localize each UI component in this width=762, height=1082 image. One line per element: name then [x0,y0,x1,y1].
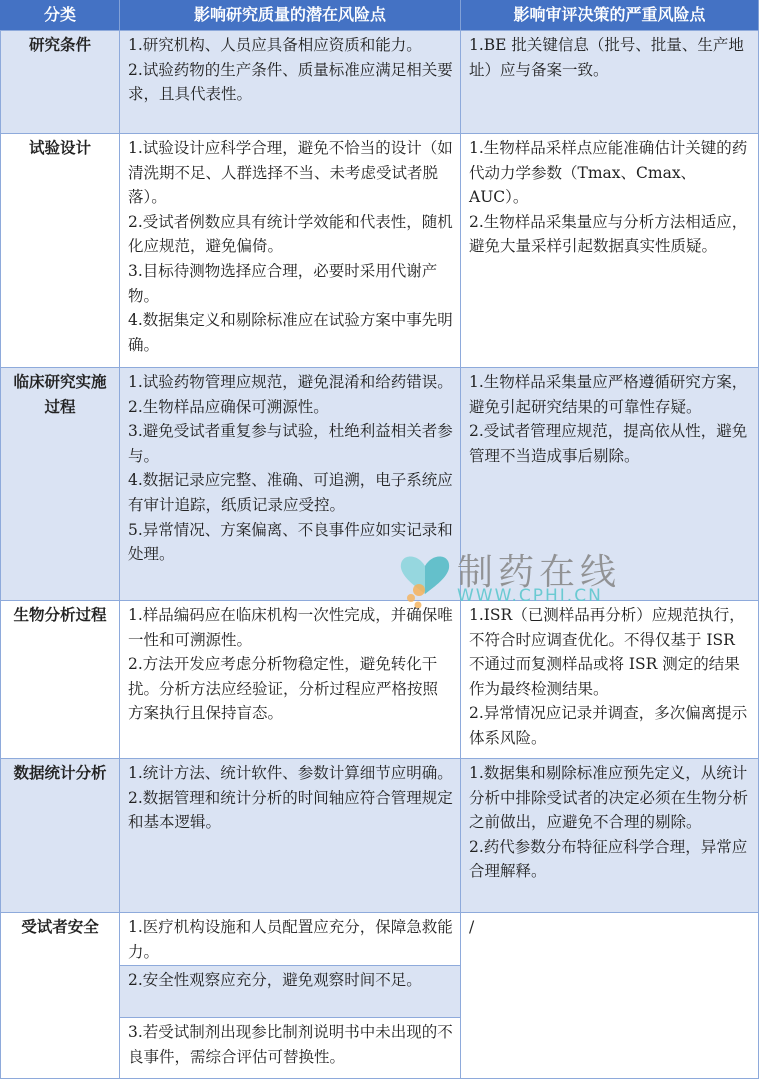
header-severe-risk: 影响审评决策的严重风险点 [460,0,759,30]
severe-risk-cell: 1.生物样品采样点应能准确估计关键的药代动力学参数（Tmax、Cmax、AUC）… [460,134,759,367]
risk-item: 1.ISR（已测样品再分析）应规范执行，不符合时应调查优化。不得仅基于 ISR … [469,603,751,701]
risk-item: 1.研究机构、人员应具备相应资质和能力。 [128,33,453,58]
risk-item: 4.数据集定义和剔除标准应在试验方案中事先明确。 [128,308,453,357]
risk-item: 4.数据记录应完整、准确、可追溯，电子系统应有审计追踪，纸质记录应受控。 [128,468,453,517]
risk-item: 1.试验设计应科学合理，避免不恰当的设计（如清洗期不足、人群选择不当、未考虑受试… [128,136,453,210]
severe-risk-cell: 1.ISR（已测样品再分析）应规范执行，不符合时应调查优化。不得仅基于 ISR … [460,601,759,758]
table-row: 研究条件 1.研究机构、人员应具备相应资质和能力。 2.试验药物的生产条件、质量… [0,31,759,134]
risk-item: 1.医疗机构设施和人员配置应充分，保障急救能力。 [120,913,460,966]
header-potential-risk: 影响研究质量的潜在风险点 [119,0,460,30]
table-row: 临床研究实施过程 1.试验药物管理应规范，避免混淆和给药错误。 2.生物样品应确… [0,368,759,601]
row-category: 临床研究实施过程 [0,368,119,600]
table-row: 试验设计 1.试验设计应科学合理，避免不恰当的设计（如清洗期不足、人群选择不当、… [0,134,759,368]
potential-risk-cell: 1.试验设计应科学合理，避免不恰当的设计（如清洗期不足、人群选择不当、未考虑受试… [119,134,460,367]
risk-item: 1.数据集和剔除标准应预先定义，从统计分析中排除受试者的决定必须在生物分析之前做… [469,761,751,835]
risk-item: / [469,915,751,940]
risk-item: 3.目标待测物选择应合理，必要时采用代谢产物。 [128,259,453,308]
potential-risk-cell: 1.统计方法、统计软件、参数计算细节应明确。 2.数据管理和统计分析的时间轴应符… [119,759,460,912]
table-row: 生物分析过程 1.样品编码应在临床机构一次性完成，并确保唯一性和可溯源性。 2.… [0,601,759,759]
risk-item: 2.安全性观察应充分，避免观察时间不足。 [120,966,460,1018]
risk-item: 2.药代参数分布特征应科学合理，异常应合理解释。 [469,835,751,884]
risk-item: 2.生物样品采集量应与分析方法相适应，避免大量采样引起数据真实性质疑。 [469,210,751,259]
severe-risk-cell: 1.BE 批关键信息（批号、批量、生产地址）应与备案一致。 [460,31,759,133]
severe-risk-cell: 1.生物样品采集量应严格遵循研究方案，避免引起研究结果的可靠性存疑。 2.受试者… [460,368,759,600]
table-header: 分类 影响研究质量的潜在风险点 影响审评决策的严重风险点 [0,0,759,31]
row-category: 数据统计分析 [0,759,119,912]
severe-risk-cell: / [460,913,759,1078]
row-category: 生物分析过程 [0,601,119,758]
risk-item: 5.异常情况、方案偏离、不良事件应如实记录和处理。 [128,518,453,567]
severe-risk-cell: 1.数据集和剔除标准应预先定义，从统计分析中排除受试者的决定必须在生物分析之前做… [460,759,759,912]
risk-table: 分类 影响研究质量的潜在风险点 影响审评决策的严重风险点 研究条件 1.研究机构… [0,0,759,1079]
potential-risk-cell: 1.医疗机构设施和人员配置应充分，保障急救能力。 2.安全性观察应充分，避免观察… [119,913,460,1078]
risk-item: 2.异常情况应记录并调查，多次偏离提示体系风险。 [469,701,751,750]
risk-item: 2.受试者例数应具有统计学效能和代表性，随机化应规范，避免偏倚。 [128,210,453,259]
row-category: 试验设计 [0,134,119,367]
risk-item: 2.方法开发应考虑分析物稳定性，避免转化干扰。分析方法应经验证，分析过程应严格按… [128,652,453,726]
risk-item: 3.若受试制剂出现参比制剂说明书中未出现的不良事件，需综合评估可替换性。 [120,1018,460,1077]
risk-item: 1.BE 批关键信息（批号、批量、生产地址）应与备案一致。 [469,33,751,82]
risk-item: 1.生物样品采集量应严格遵循研究方案，避免引起研究结果的可靠性存疑。 [469,370,751,419]
risk-item: 1.统计方法、统计软件、参数计算细节应明确。 [128,761,453,786]
table-row: 受试者安全 1.医疗机构设施和人员配置应充分，保障急救能力。 2.安全性观察应充… [0,913,759,1079]
risk-item: 3.避免受试者重复参与试验，杜绝利益相关者参与。 [128,419,453,468]
risk-item: 1.试验药物管理应规范，避免混淆和给药错误。 [128,370,453,395]
risk-item: 2.数据管理和统计分析的时间轴应符合管理规定和基本逻辑。 [128,786,453,835]
row-category: 受试者安全 [0,913,119,1078]
risk-item: 1.生物样品采样点应能准确估计关键的药代动力学参数（Tmax、Cmax、AUC）… [469,136,751,210]
risk-item: 1.样品编码应在临床机构一次性完成，并确保唯一性和可溯源性。 [128,603,453,652]
header-category: 分类 [0,0,119,30]
risk-item: 2.生物样品应确保可溯源性。 [128,395,453,420]
risk-item: 2.受试者管理应规范，提高依从性，避免管理不当造成事后剔除。 [469,419,751,468]
row-category: 研究条件 [0,31,119,133]
potential-risk-cell: 1.试验药物管理应规范，避免混淆和给药错误。 2.生物样品应确保可溯源性。 3.… [119,368,460,600]
table-row: 数据统计分析 1.统计方法、统计软件、参数计算细节应明确。 2.数据管理和统计分… [0,759,759,913]
potential-risk-cell: 1.样品编码应在临床机构一次性完成，并确保唯一性和可溯源性。 2.方法开发应考虑… [119,601,460,758]
risk-item: 2.试验药物的生产条件、质量标准应满足相关要求，且具代表性。 [128,58,453,107]
potential-risk-cell: 1.研究机构、人员应具备相应资质和能力。 2.试验药物的生产条件、质量标准应满足… [119,31,460,133]
